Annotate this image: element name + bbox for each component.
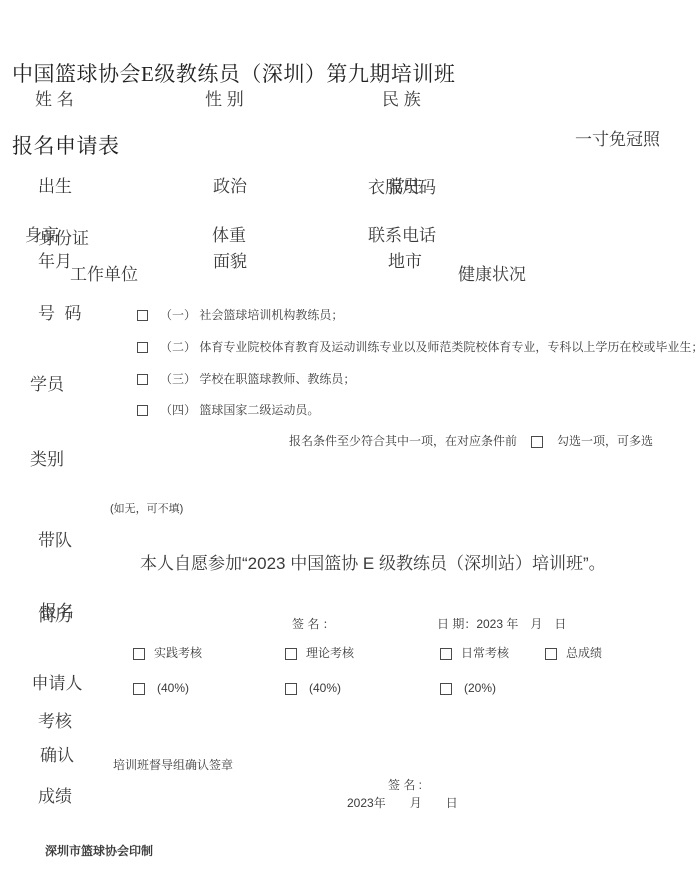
- field-label-phone: 联系电话: [368, 224, 436, 248]
- page-title-line1: 中国篮球协会E级教练员（深圳）第九期培训班: [12, 62, 455, 86]
- assessment-total-checkbox[interactable]: [545, 648, 557, 660]
- trainee-category-label-line2: 类别: [30, 447, 64, 472]
- selection-note: 报名条件至少符合其中一项，在对应条件前 勾选一项，可多选: [289, 434, 653, 449]
- assessment-theory-label: 理论考核: [306, 646, 354, 661]
- trainee-category-label-line1: 学员: [30, 372, 64, 397]
- assessment-item-daily: 日常考核: [440, 646, 509, 661]
- category-option-4: （四） 篮球国家二级运动员。: [137, 403, 319, 418]
- assessment-item-practice: 实践考核: [133, 646, 202, 661]
- assessment-theory-weight: (40%): [309, 681, 341, 696]
- assessment-daily-label: 日常考核: [461, 646, 509, 661]
- assessment-practice-weight-checkbox[interactable]: [133, 683, 145, 695]
- assessment-total-label: 总成绩: [566, 646, 602, 661]
- selection-note-before: 报名条件至少符合其中一项，在对应条件前: [289, 434, 517, 449]
- category-option-4-label: （四） 篮球国家二级运动员。: [160, 403, 319, 418]
- supervisor-date-line: 2023年 月 日: [347, 796, 458, 811]
- field-label-name: 姓 名: [35, 88, 74, 112]
- field-label-residence-city-line2: 地市: [388, 249, 422, 274]
- assessment-practice-checkbox[interactable]: [133, 648, 145, 660]
- assessment-weight-practice: (40%): [133, 681, 189, 696]
- field-label-clothing-size: 衣服尺码: [368, 176, 436, 200]
- selection-note-after: 勾选一项，可多选: [557, 434, 653, 449]
- assessment-weight-theory: (40%): [285, 681, 341, 696]
- category-option-3-checkbox[interactable]: [137, 374, 148, 385]
- category-option-4-checkbox[interactable]: [137, 405, 148, 416]
- category-option-2-checkbox[interactable]: [137, 342, 148, 353]
- category-option-1-checkbox[interactable]: [137, 310, 148, 321]
- supervisor-sign-label: 培训班督导组确认签章: [113, 758, 233, 773]
- field-label-political-status-line1: 政治: [213, 174, 247, 199]
- field-label-height: 身高: [25, 224, 59, 248]
- assessment-label-line2: 成绩: [38, 784, 72, 809]
- assessment-practice-weight: (40%): [157, 681, 189, 696]
- footer-printed-by: 深圳市篮球协会印制: [45, 844, 153, 859]
- supervisor-signature-label: 签 名 :: [388, 778, 422, 793]
- assessment-daily-checkbox[interactable]: [440, 648, 452, 660]
- field-label-health-status: 健康状况: [458, 263, 526, 287]
- assessment-daily-weight-checkbox[interactable]: [440, 683, 452, 695]
- photo-placeholder-label: 一寸免冠照: [575, 128, 660, 152]
- assessment-weight-daily: (20%): [440, 681, 496, 696]
- field-label-political-status-line2: 面貌: [213, 249, 247, 274]
- assessment-item-total: 总成绩: [545, 646, 602, 661]
- applicant-statement: 本人自愿参加“2023 中国篮协 E 级教练员（深圳站）培训班”。: [140, 552, 606, 576]
- assessment-label: 考核 成绩: [38, 659, 72, 859]
- assessment-label-line1: 考核: [38, 709, 72, 734]
- form-page: 中国篮球协会E级教练员（深圳）第九期培训班 报名申请表 姓 名 性 别 民 族 …: [0, 0, 698, 869]
- field-label-gender: 性 别: [205, 88, 244, 112]
- assessment-practice-label: 实践考核: [154, 646, 202, 661]
- team-resume-hint: (如无，可不填): [110, 502, 183, 516]
- applicant-confirm-label-line1: 报名: [26, 600, 88, 624]
- category-option-3-label: （三） 学校在职篮球教师、教练员；: [160, 372, 355, 387]
- field-label-weight: 体重: [212, 224, 246, 248]
- category-option-3: （三） 学校在职篮球教师、教练员；: [137, 372, 355, 387]
- assessment-theory-weight-checkbox[interactable]: [285, 683, 297, 695]
- selection-note-checkbox[interactable]: [531, 436, 543, 448]
- team-resume-label-line1: 带队: [38, 528, 72, 553]
- category-option-1: （一） 社会篮球培训机构教练员；: [137, 308, 343, 323]
- category-option-1-label: （一） 社会篮球培训机构教练员；: [160, 308, 343, 323]
- applicant-signature-label: 签 名 ：: [292, 617, 335, 632]
- assessment-item-theory: 理论考核: [285, 646, 354, 661]
- assessment-theory-checkbox[interactable]: [285, 648, 297, 660]
- field-label-ethnicity: 民 族: [382, 88, 421, 112]
- assessment-daily-weight: (20%): [464, 681, 496, 696]
- category-option-2: （二） 体育专业院校体育教育及运动训练专业以及师范类院校体育专业，专科以上学历在…: [137, 340, 698, 355]
- field-label-work-unit: 工作单位: [70, 263, 138, 287]
- applicant-date-label: 日 期：2023 年 月 日: [437, 617, 566, 632]
- category-option-2-label: （二） 体育专业院校体育教育及运动训练专业以及师范类院校体育专业，专科以上学历在…: [160, 340, 698, 355]
